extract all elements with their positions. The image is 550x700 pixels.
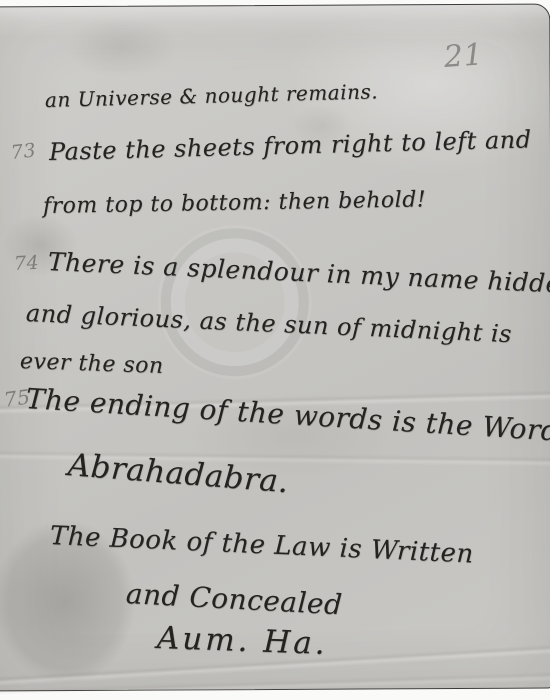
manuscript-line: ever the son xyxy=(20,349,165,379)
embossed-seal xyxy=(160,228,309,377)
manuscript-scan: 21 an Universe & nought remains. 73 Past… xyxy=(0,0,550,700)
verse-number-73: 73 xyxy=(10,139,37,164)
verse-number-74: 74 xyxy=(13,252,39,275)
manuscript-line-closing: Aum. Ha. xyxy=(156,620,328,662)
page-number: 21 xyxy=(443,37,485,75)
